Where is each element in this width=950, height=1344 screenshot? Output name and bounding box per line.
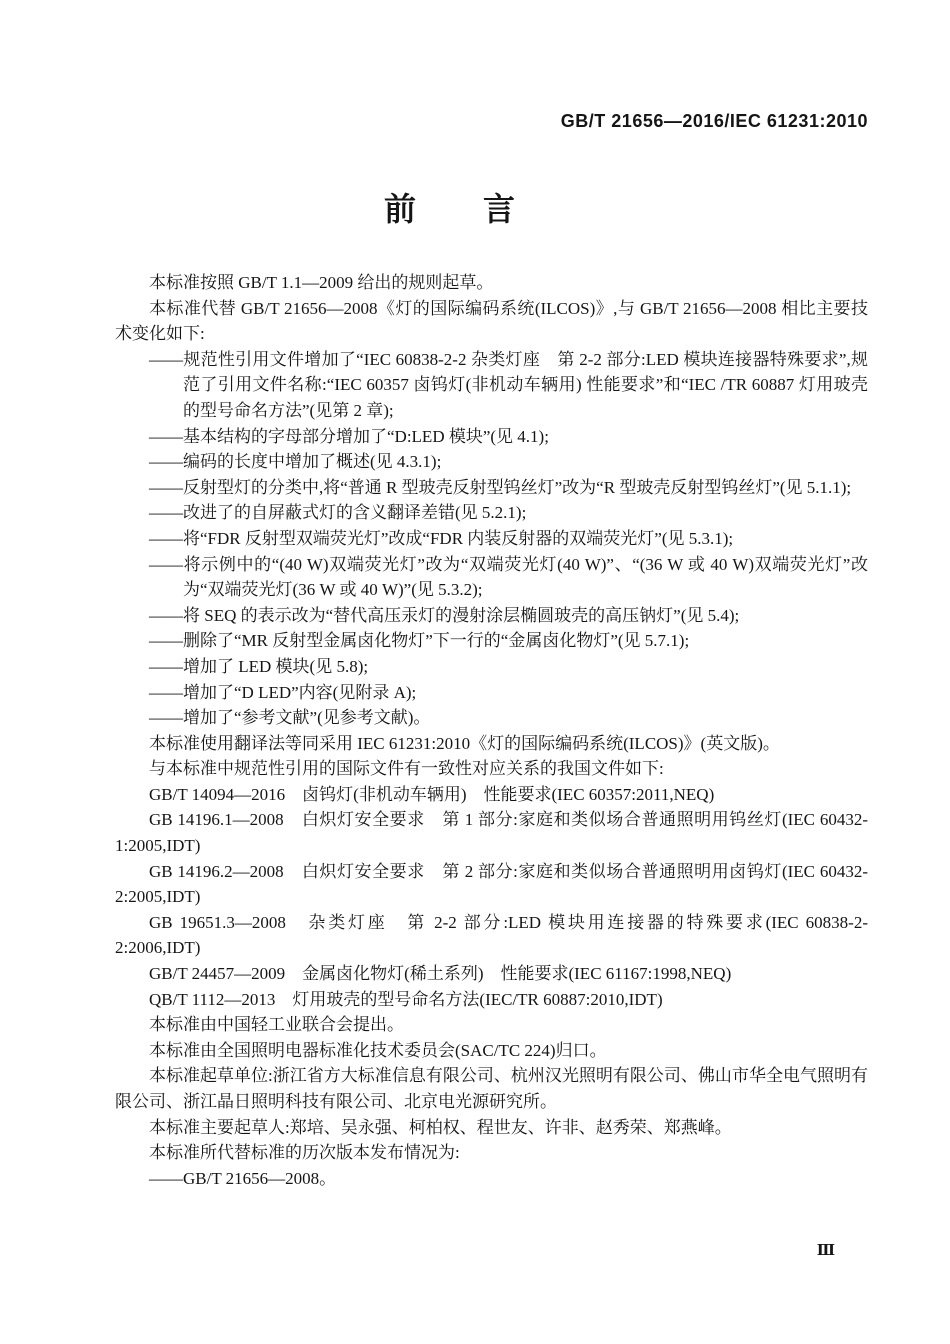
page-title: 前 言 (0, 184, 925, 230)
paragraph: GB/T 24457—2009 金属卤化物灯(稀土系列) 性能要求(IEC 61… (115, 961, 868, 987)
paragraph: 本标准主要起草人:郑培、吴永强、柯柏权、程世友、许非、赵秀荣、郑燕峰。 (115, 1115, 868, 1141)
paragraph: 本标准由全国照明电器标准化技术委员会(SAC/TC 224)归口。 (115, 1038, 868, 1064)
paragraph: ——增加了“参考文献”(见参考文献)。 (115, 705, 868, 731)
paragraph: ——将 SEQ 的表示改为“替代高压汞灯的漫射涂层椭圆玻壳的高压钠灯”(见 5.… (115, 603, 868, 629)
paragraph: GB 19651.3—2008 杂类灯座 第 2-2 部分:LED 模块用连接器… (115, 910, 868, 961)
document-body: 本标准按照 GB/T 1.1—2009 给出的规则起草。本标准代替 GB/T 2… (115, 270, 868, 1191)
paragraph: ——删除了“MR 反射型金属卤化物灯”下一行的“金属卤化物灯”(见 5.7.1)… (115, 628, 868, 654)
paragraph: GB 14196.1—2008 白炽灯安全要求 第 1 部分:家庭和类似场合普通… (115, 807, 868, 858)
paragraph: ——基本结构的字母部分增加了“D:LED 模块”(见 4.1); (115, 424, 868, 450)
paragraph: ——反射型灯的分类中,将“普通 R 型玻壳反射型钨丝灯”改为“R 型玻壳反射型钨… (115, 475, 868, 501)
paragraph: ——编码的长度中增加了概述(见 4.3.1); (115, 449, 868, 475)
paragraph: 本标准按照 GB/T 1.1—2009 给出的规则起草。 (115, 270, 868, 296)
paragraph: 本标准起草单位:浙江省方大标准信息有限公司、杭州汉光照明有限公司、佛山市华全电气… (115, 1063, 868, 1114)
paragraph: ——将“FDR 反射型双端荧光灯”改成“FDR 内装反射器的双端荧光灯”(见 5… (115, 526, 868, 552)
document-page: GB/T 21656—2016/IEC 61231:2010 前 言 本标准按照… (0, 0, 950, 1344)
paragraph: GB/T 14094—2016 卤钨灯(非机动车辆用) 性能要求(IEC 603… (115, 782, 868, 808)
paragraph: 本标准代替 GB/T 21656—2008《灯的国际编码系统(ILCOS)》,与… (115, 296, 868, 347)
paragraph: GB 14196.2—2008 白炽灯安全要求 第 2 部分:家庭和类似场合普通… (115, 859, 868, 910)
paragraph: ——增加了 LED 模块(见 5.8); (115, 654, 868, 680)
paragraph: 本标准所代替标准的历次版本发布情况为: (115, 1140, 868, 1166)
paragraph: 本标准使用翻译法等同采用 IEC 61231:2010《灯的国际编码系统(ILC… (115, 731, 868, 757)
paragraph: ——GB/T 21656—2008。 (115, 1166, 868, 1192)
paragraph: QB/T 1112—2013 灯用玻壳的型号命名方法(IEC/TR 60887:… (115, 987, 868, 1013)
paragraph: 与本标准中规范性引用的国际文件有一致性对应关系的我国文件如下: (115, 756, 868, 782)
paragraph: ——增加了“D LED”内容(见附录 A); (115, 680, 868, 706)
standard-number-header: GB/T 21656—2016/IEC 61231:2010 (0, 111, 868, 132)
paragraph: ——改进了的自屏蔽式灯的含义翻译差错(见 5.2.1); (115, 500, 868, 526)
page-number: Ⅲ (817, 1241, 836, 1260)
paragraph: ——将示例中的“(40 W)双端荧光灯”改为“双端荧光灯(40 W)”、“(36… (115, 552, 868, 603)
paragraph: 本标准由中国轻工业联合会提出。 (115, 1012, 868, 1038)
paragraph: ——规范性引用文件增加了“IEC 60838-2-2 杂类灯座 第 2-2 部分… (115, 347, 868, 424)
